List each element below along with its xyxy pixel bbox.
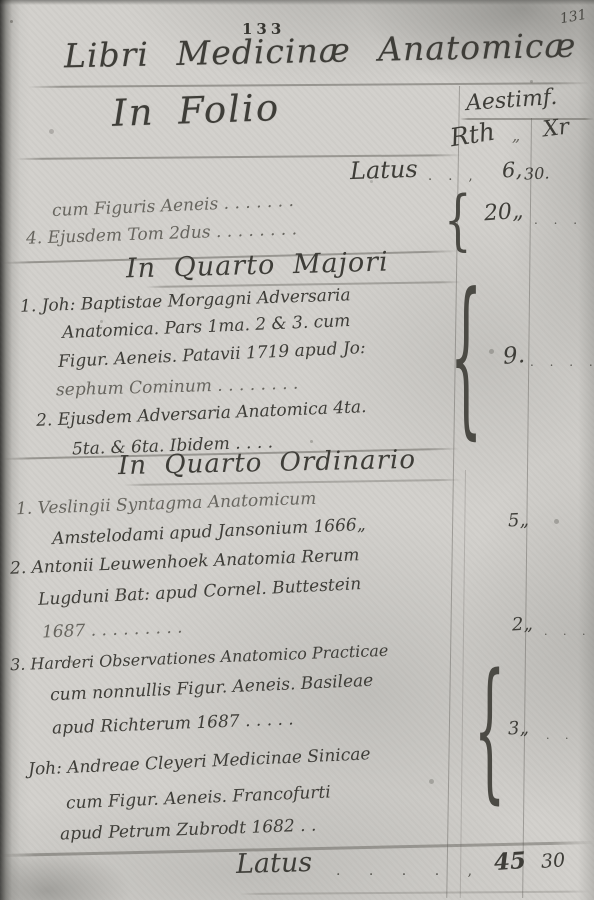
price-dots: . . — [546, 730, 575, 741]
entry-line: 1687 . . . . . . . . . — [42, 620, 183, 642]
entry-line: cum nonnullis Figur. Aeneis. Basileae — [50, 673, 374, 705]
entry-line: apud Petrum Zubrodt 1682 . . — [60, 818, 317, 844]
currency-subcolumn-divider — [522, 118, 532, 898]
price-value: 2„ — [512, 615, 534, 634]
entry-line: 2. Antonii Leuwenhoek Anatomia Rerum — [10, 547, 360, 577]
price-column-divider-double — [460, 470, 467, 898]
entry-line: cum Figuris Aeneis . . . . . . . — [52, 193, 294, 220]
currency-minor-label: Xr — [542, 116, 571, 141]
aestim-label: Aestimf. — [465, 87, 558, 115]
rule-bottom-edge — [240, 891, 590, 895]
price-value: 5„ — [508, 511, 530, 530]
entry-line: cum Figur. Aeneis. Francofurti — [66, 784, 331, 812]
price-brace: { — [450, 272, 482, 442]
price-value: 9. — [502, 344, 526, 369]
price-brace: { — [444, 188, 472, 253]
entry-line: sephum Cominum . . . . . . . . — [56, 376, 299, 400]
latus-total-label: Latus — [236, 849, 313, 878]
latus-carryover-value-major: 6, — [501, 159, 522, 181]
corner-folio-number: 131 — [559, 8, 588, 26]
entry-line: 2. Ejusdem Adversaria Anatomica 4ta. — [36, 399, 367, 430]
entry-line: 1. Joh: Baptistae Morgagni Adversaria — [20, 287, 351, 316]
entry-line: 3. Harderi Observationes Anatomico Pract… — [10, 643, 389, 674]
section-heading-in-folio: In Folio — [111, 89, 280, 132]
price-dots: . . . . — [544, 626, 594, 637]
currency-major-label: Rth — [448, 119, 496, 151]
section-heading-in-quarto-majori: In Quarto Majori — [126, 249, 389, 283]
entry-line: Joh: Andreae Cleyeri Medicinae Sinicae — [28, 746, 371, 779]
price-value: 3„ — [508, 719, 530, 738]
price-value: 20„ — [483, 201, 524, 226]
entry-line: 1. Veslingii Syntagma Anatomicum — [16, 491, 317, 518]
entry-line: Anatomica. Pars 1ma. 2 & 3. cum — [62, 313, 351, 342]
entry-line: Figur. Aeneis. Patavii 1719 apud Jo: — [58, 340, 366, 371]
latus-carryover-label: Latus — [350, 157, 418, 183]
section-heading-in-quarto-ordinario: In Quarto Ordinario — [118, 447, 416, 479]
paper-specks — [10, 20, 13, 23]
entry-line: 4. Ejusdem Tom 2dus . . . . . . . . — [26, 221, 297, 247]
catalog-title: Libri Medicinæ Anatomicæ — [64, 29, 577, 73]
entry-line: apud Richterum 1687 . . . . . — [52, 711, 294, 737]
price-brace: { — [474, 656, 505, 808]
latus-total-value-major: 45 — [493, 849, 527, 874]
latus-total-value-minor: 30 — [540, 851, 565, 872]
latus-carryover-value-minor: 30. — [524, 165, 550, 182]
latus-total-dots: . . . . , — [336, 864, 484, 878]
currency-separator-mark: „ — [512, 128, 520, 144]
price-dots: . . . . — [530, 356, 594, 368]
entry-line: Amstelodami apud Jansonium 1666„ — [52, 517, 366, 548]
price-dots: . . . . — [534, 214, 594, 226]
rule-under-title — [28, 82, 590, 88]
manuscript-page-scan: 131 133 Libri Medicinæ Anatomicæ Aestimf… — [0, 0, 594, 900]
entry-line: Lugduni Bat: apud Cornel. Buttestein — [38, 576, 362, 609]
